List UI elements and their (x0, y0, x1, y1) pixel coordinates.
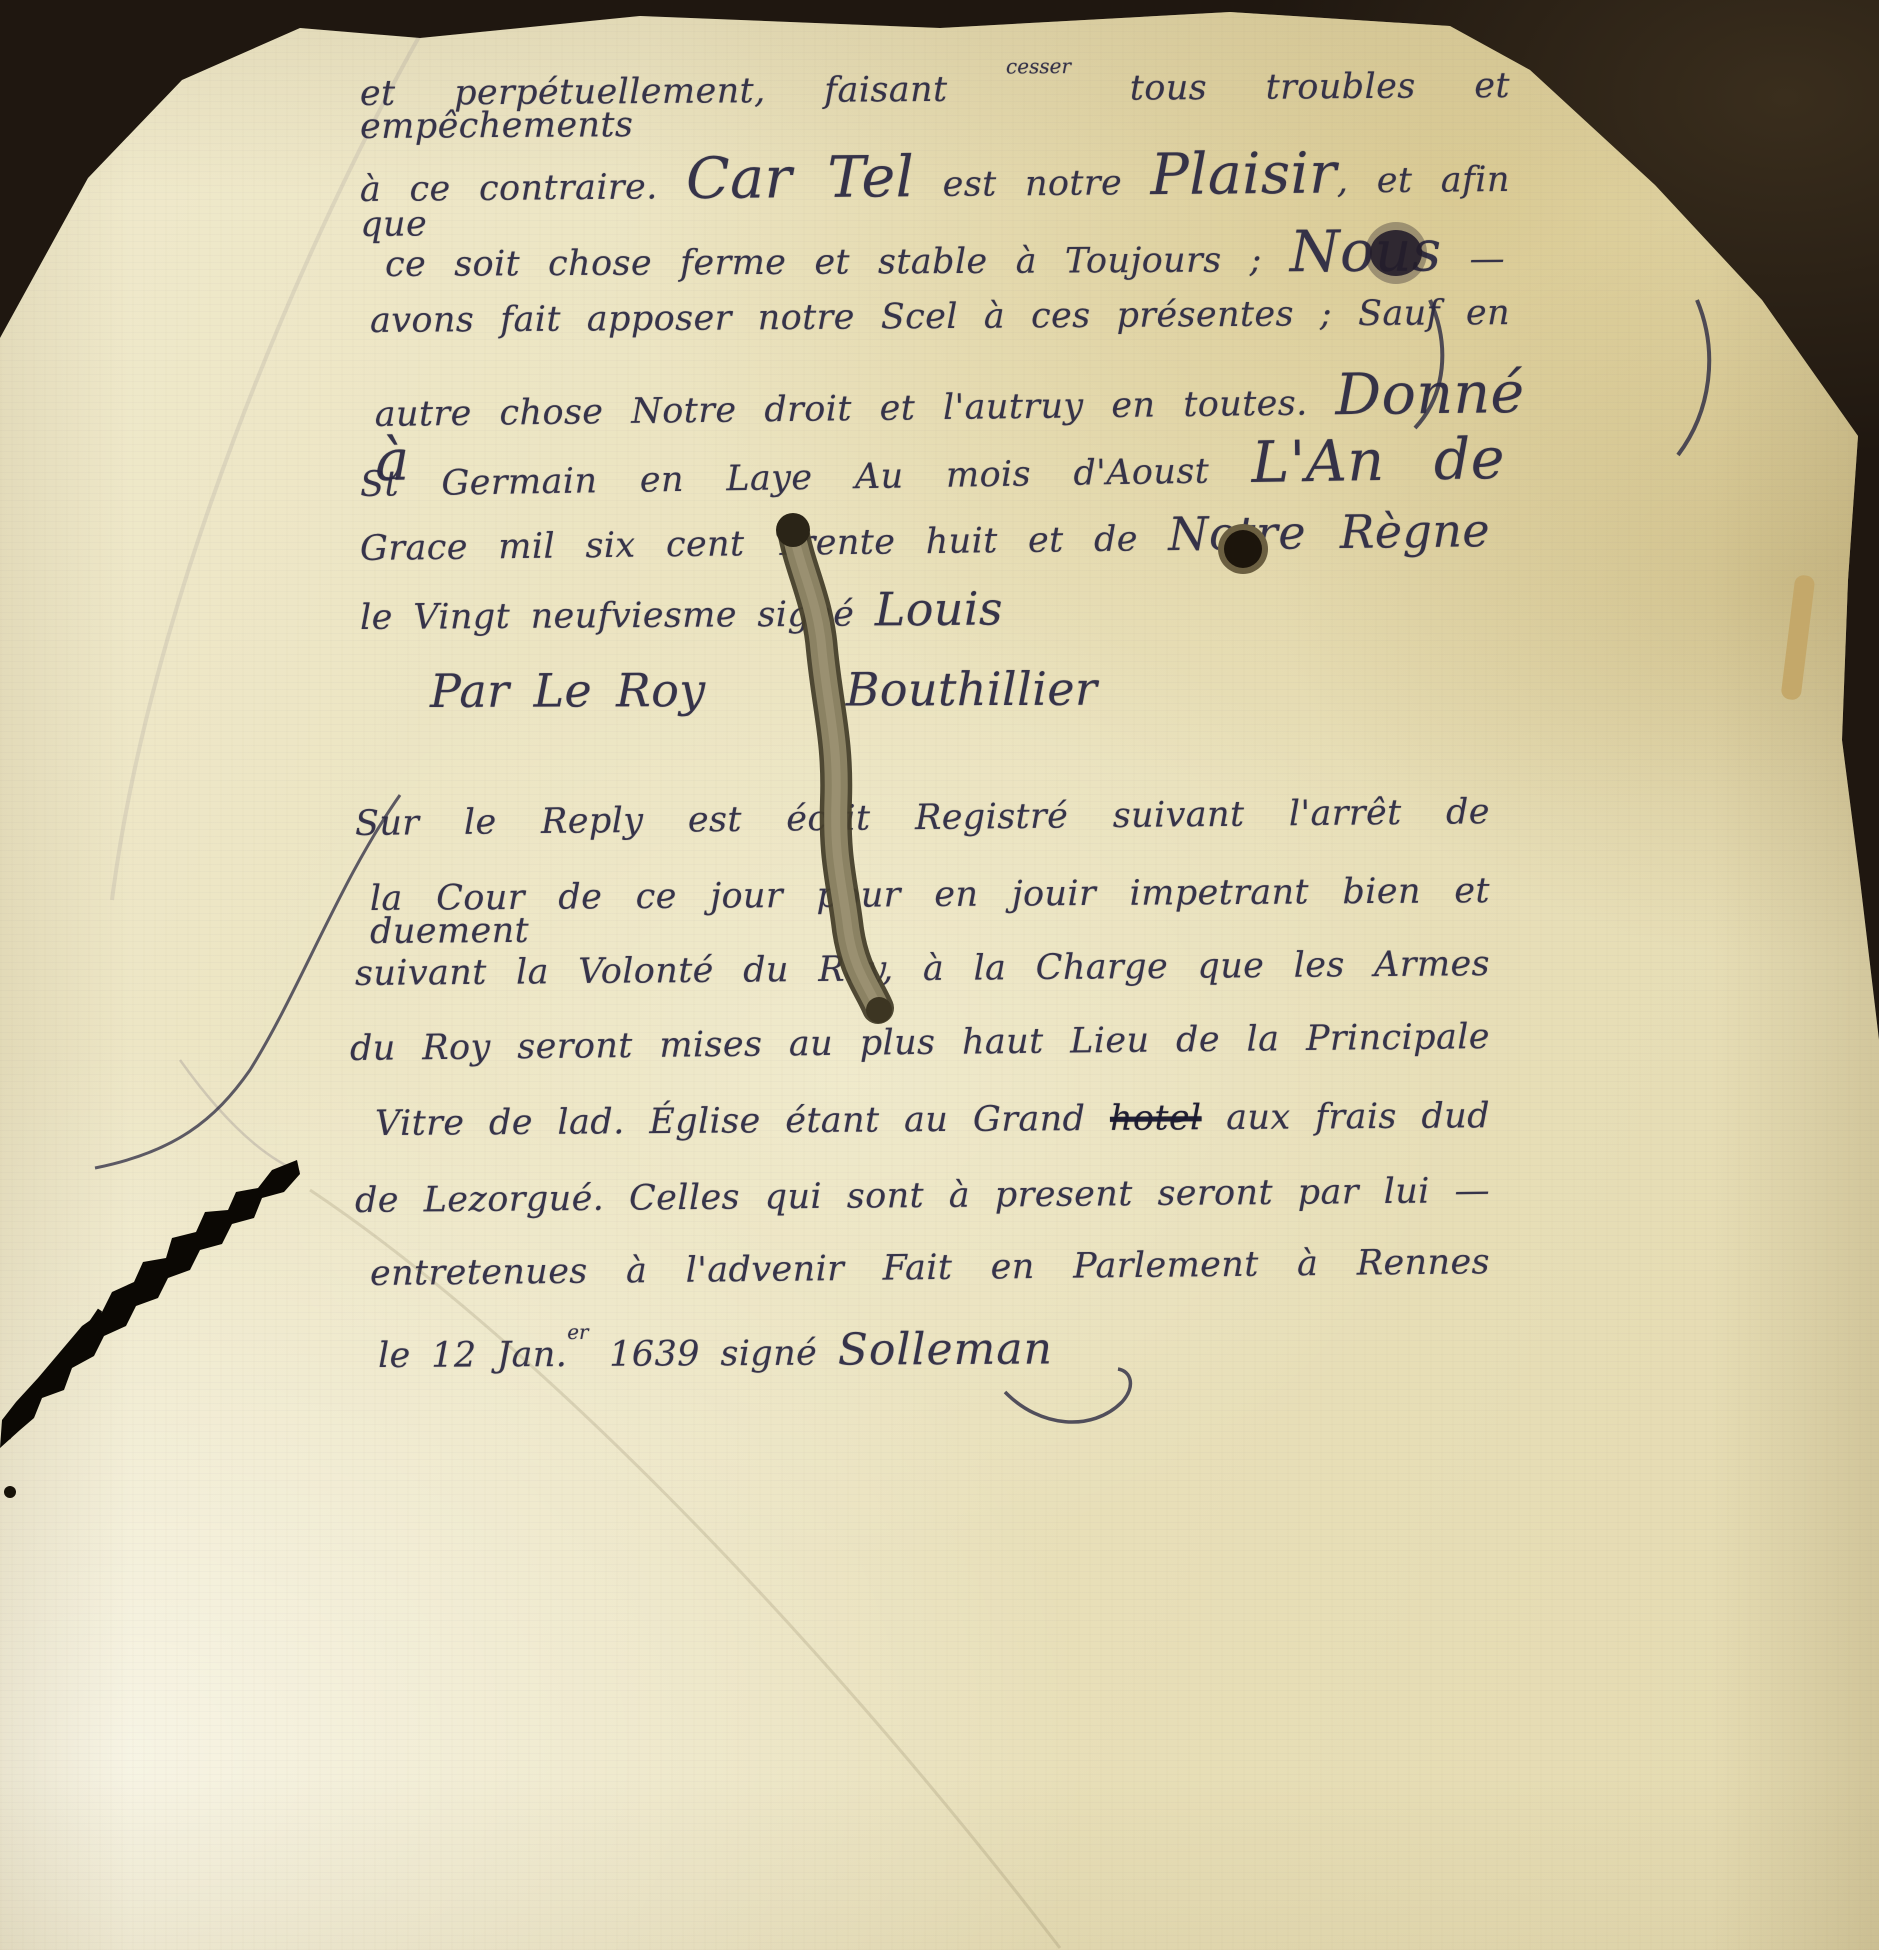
manuscript-line: avons fait apposer notre Scel à ces prés… (370, 297, 1510, 338)
paper-sheet: et perpétuellement, faisant cesser tous … (0, 0, 1879, 1950)
text-segment: le Vingt neufviesme signé (360, 594, 875, 638)
text-segment: de Lezorgué. Celles qui sont à present s… (355, 1171, 1490, 1221)
text-segment: Plaisir (1150, 140, 1337, 208)
manuscript-line: ce soit chose ferme et stable à Toujours… (385, 224, 1505, 284)
manuscript-photo: et perpétuellement, faisant cesser tous … (0, 0, 1879, 1950)
manuscript-line: du Roy seront mises au plus haut Lieu de… (350, 1021, 1490, 1066)
text-segment: du Roy seront mises au plus haut Lieu de… (350, 1017, 1490, 1069)
text-segment: aux frais dud (1201, 1096, 1490, 1138)
paragraph-2: Sur le Reply est écrit Registré suivant … (300, 808, 1560, 1448)
manuscript-line: la Cour de ce jour pour en jouir impetra… (370, 875, 1490, 949)
text-segment: ce soit chose ferme et stable à Toujours… (385, 240, 1290, 285)
text-segment: à ce contraire. (360, 167, 687, 210)
manuscript-line: Par Le RoyBouthillier (430, 668, 1097, 714)
text-segment: est notre (914, 163, 1151, 205)
paragraph-1: et perpétuellement, faisant cesser tous … (360, 78, 1560, 798)
text-segment: Grace mil six cent Trente huit et de (360, 519, 1169, 569)
manuscript-line: le Vingt neufviesme signé Louis (360, 588, 1003, 636)
text-segment: la Cour de ce jour pour en jouir impetra… (370, 871, 1490, 952)
manuscript-line: Vitre de lad. Église étant au Grand hote… (375, 1100, 1490, 1141)
text-segment: L'An de (1251, 426, 1505, 496)
text-segment: er (567, 1323, 589, 1342)
text-segment: St Germain en Laye Au mois d'Aoust (360, 451, 1252, 505)
text-segment: hotel (1110, 1098, 1202, 1139)
text-segment: — (1441, 239, 1505, 279)
manuscript-line: de Lezorgué. Celles qui sont à present s… (355, 1175, 1490, 1218)
manuscript-line: entretenues à l'advenir Fait en Parlemen… (370, 1246, 1490, 1291)
text-segment: avons fait apposer notre Scel à ces prés… (370, 293, 1510, 341)
text-segment: le 12 Jan. (378, 1335, 567, 1376)
text-segment: Car Tel (686, 144, 915, 212)
text-segment: suivant la Volonté du Roy, à la Charge q… (355, 944, 1490, 994)
text-segment: entretenues à l'advenir Fait en Parlemen… (370, 1242, 1490, 1294)
manuscript-line: Grace mil six cent Trente huit et de Not… (360, 509, 1490, 566)
text-segment: Louis (875, 582, 1004, 637)
text-segment: Notre Règne (1168, 503, 1490, 561)
text-segment: cesser (1006, 57, 1071, 76)
text-segment: 1639 signé (589, 1334, 838, 1375)
text-segment: Bouthillier (846, 662, 1098, 717)
text-segment: Nous (1290, 218, 1442, 285)
manuscript-line: le 12 Jan.er 1639 signé Solleman (378, 1328, 1053, 1373)
text-segment: autre chose Notre droit et l'autruy en t… (375, 383, 1336, 435)
manuscript-line: et perpétuellement, faisant cesser tous … (360, 70, 1510, 145)
manuscript-line: suivant la Volonté du Roy, à la Charge q… (355, 948, 1490, 991)
text-segment: Vitre de lad. Église étant au Grand (375, 1099, 1110, 1144)
text-segment: Solleman (838, 1323, 1053, 1375)
manuscript-line: Sur le Reply est écrit Registré suivant … (355, 796, 1490, 841)
text-segment: Par Le Roy (430, 663, 706, 718)
